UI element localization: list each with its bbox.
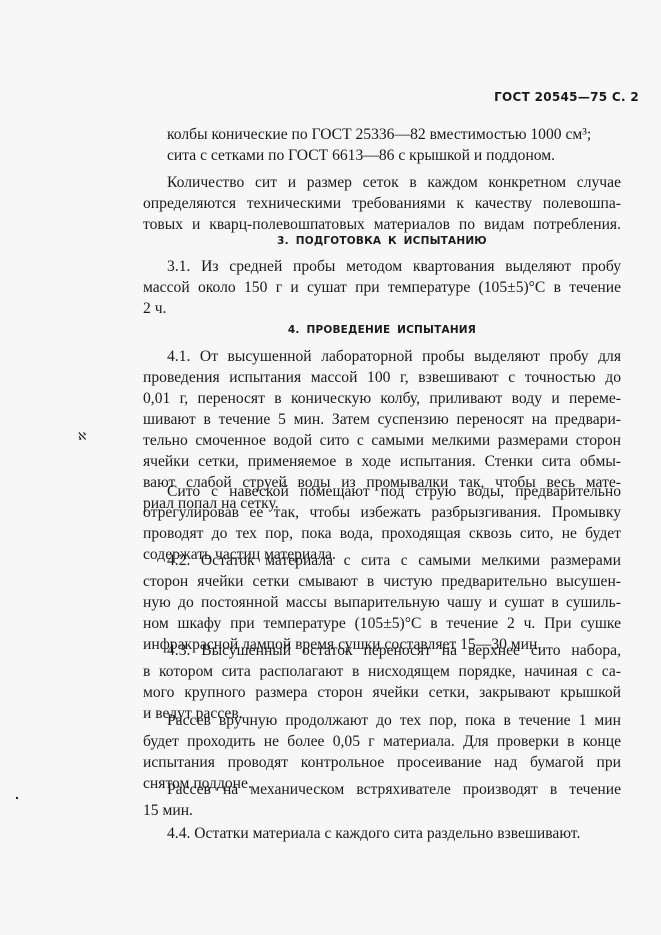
section-heading-3: 3. ПОДГОТОВКА К ИСПЫТАНИЮ [143, 235, 621, 247]
text-line: ячейки сетки, применяемое в ходе испытан… [143, 451, 621, 472]
text-line: испытания проводят контрольное просеиван… [143, 752, 621, 773]
text-line: 3.1. Из средней пробы методом квартовани… [143, 256, 621, 277]
text-line: проводят до тех пор, пока вода, проходящ… [143, 523, 621, 544]
text-line: определяются техническими требованиями к… [143, 193, 621, 214]
margin-dot [16, 797, 18, 799]
text-line: ную до постоянной массы выпарительную ча… [143, 592, 621, 613]
text-line: тельно смоченное водой сито с самыми мел… [143, 430, 621, 451]
text-line: 4.2. Остаток материала с сита с самыми м… [143, 550, 621, 571]
text-line: проведения испытания массой 100 г, взвеш… [143, 367, 621, 388]
text-line: 4.1. От высушенной лабораторной пробы вы… [143, 346, 621, 367]
text-line: Сито с навеской помещают под струю воды,… [143, 481, 621, 502]
paragraph-4-3-mechanical: Рассев на механическом встряхивателе про… [143, 779, 621, 821]
list-item: колбы конические по ГОСТ 25336—82 вмести… [143, 124, 621, 145]
text-line: в котором сита располагают в нисходящем … [143, 661, 621, 682]
list-item: сита с сетками по ГОСТ 6613—86 с крышкой… [143, 145, 621, 166]
text-line: 0,01 г, переносят в коническую колбу, пр… [143, 388, 621, 409]
text-line: Количество сит и размер сеток в каждом к… [143, 172, 621, 193]
text-line: массой около 150 г и сушат при температу… [143, 277, 621, 298]
text-line: товых и кварц-полевошпатовых материалов … [143, 214, 621, 235]
page-header: ГОСТ 20545—75 С. 2 [494, 90, 639, 104]
text-line: 2 ч. [143, 298, 621, 319]
text-line: ном шкафу при температуре (105±5)°С в те… [143, 613, 621, 634]
text-line: сторон ячейки сетки смывают в чистую пре… [143, 571, 621, 592]
paragraph-4-4: 4.4. Остатки материала с каждого сита ра… [143, 823, 621, 844]
text-line: 4.3. Высушенный остаток переносят на вер… [143, 640, 621, 661]
text-line: мого крупного размера сторон ячейки сетк… [143, 682, 621, 703]
text-line: Рассев на механическом встряхивателе про… [143, 779, 621, 800]
margin-mark: ℵ [78, 430, 86, 443]
text-line: шивают в течение 5 мин. Затем суспензию … [143, 409, 621, 430]
equipment-list: колбы конические по ГОСТ 25336—82 вмести… [143, 124, 621, 166]
text-line: 4.4. Остатки материала с каждого сита ра… [143, 823, 621, 844]
text-line: будет проходить не более 0,05 г материал… [143, 731, 621, 752]
paragraph-3-1: 3.1. Из средней пробы методом квартовани… [143, 256, 621, 319]
text-line: Рассев вручную продолжают до тех пор, по… [143, 710, 621, 731]
section-heading-4: 4. ПРОВЕДЕНИЕ ИСПЫТАНИЯ [143, 324, 621, 336]
text-line: отрегулировав ее так, чтобы избежать раз… [143, 502, 621, 523]
paragraph-sieve-count: Количество сит и размер сеток в каждом к… [143, 172, 621, 235]
text-line: 15 мин. [143, 800, 621, 821]
